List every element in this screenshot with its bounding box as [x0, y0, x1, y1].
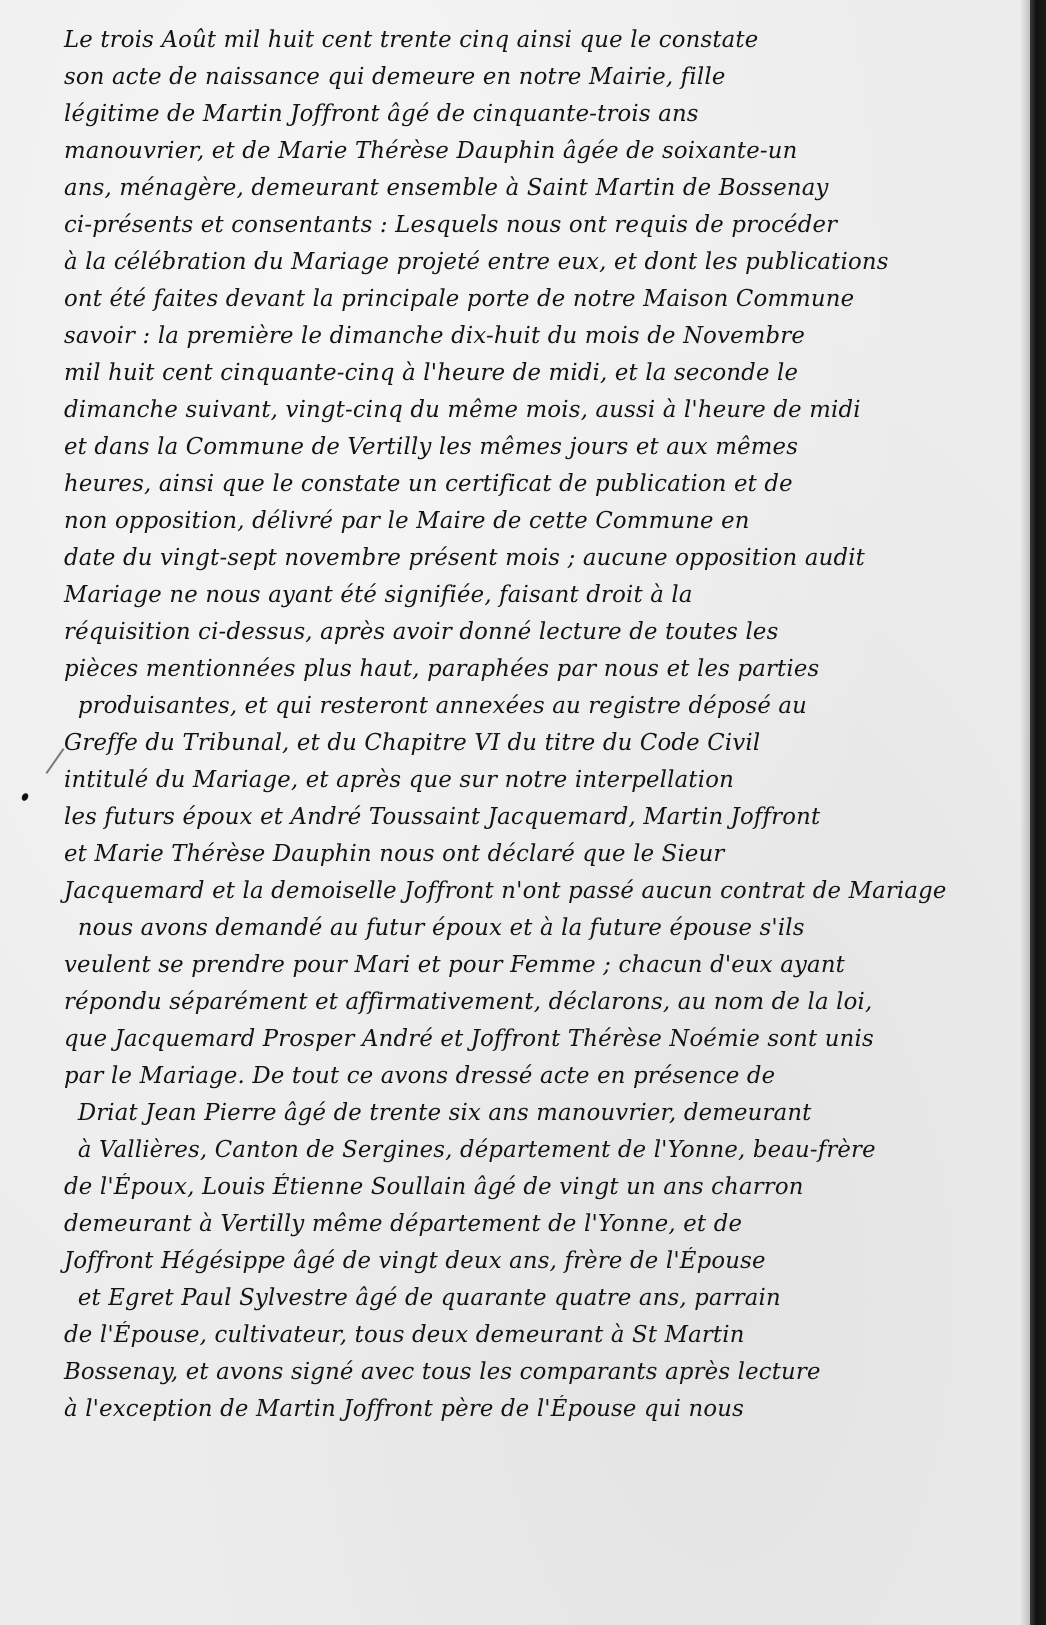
text-line: à Vallières, Canton de Sergines, départe… [64, 1132, 1018, 1169]
text-line: Le trois Août mil huit cent trente cinq … [64, 22, 1019, 59]
binding-shadow [1020, 0, 1030, 1625]
text-line: et Egret Paul Sylvestre âgé de quarante … [64, 1280, 1018, 1317]
text-line: produisantes, et qui resteront annexées … [64, 688, 1018, 725]
text-line: Mariage ne nous ayant été signifiée, fai… [64, 577, 1019, 614]
margin-ink-dot [20, 792, 29, 802]
text-line: savoir : la première le dimanche dix-hui… [64, 318, 1019, 355]
text-line: ci-présents et consentants : Lesquels no… [64, 207, 1019, 244]
text-line: réquisition ci-dessus, après avoir donné… [64, 614, 1019, 651]
text-line: ans, ménagère, demeurant ensemble à Sain… [64, 170, 1019, 207]
text-line: et Marie Thérèse Dauphin nous ont déclar… [64, 836, 1019, 873]
text-line: non opposition, délivré par le Maire de … [64, 503, 1019, 540]
text-line: heures, ainsi que le constate un certifi… [64, 466, 1019, 503]
text-line: manouvrier, et de Marie Thérèse Dauphin … [64, 133, 1019, 170]
text-line: date du vingt-sept novembre présent mois… [64, 540, 1019, 577]
text-line: dimanche suivant, vingt-cinq du même moi… [64, 392, 1019, 429]
text-line: par le Mariage. De tout ce avons dressé … [64, 1058, 1019, 1095]
text-line: Greffe du Tribunal, et du Chapitre VI du… [64, 725, 1019, 762]
handwritten-text-block: Le trois Août mil huit cent trente cinq … [64, 22, 1030, 1428]
text-line: à la célébration du Mariage projeté entr… [64, 244, 1019, 281]
document-page: Le trois Août mil huit cent trente cinq … [0, 0, 1030, 1625]
text-line: ont été faites devant la principale port… [64, 281, 1019, 318]
text-line: légitime de Martin Joffront âgé de cinqu… [64, 96, 1019, 133]
text-line: et dans la Commune de Vertilly les mêmes… [64, 429, 1019, 466]
text-line: nous avons demandé au futur époux et à l… [64, 910, 1018, 947]
margin-mark-stroke [46, 748, 65, 774]
text-line: que Jacquemard Prosper André et Joffront… [64, 1021, 1019, 1058]
text-line: pièces mentionnées plus haut, paraphées … [64, 651, 1019, 688]
text-line: Driat Jean Pierre âgé de trente six ans … [64, 1095, 1018, 1132]
text-line: les futurs époux et André Toussaint Jacq… [64, 799, 1019, 836]
text-line: à l'exception de Martin Joffront père de… [64, 1391, 1019, 1428]
text-line: Bossenay, et avons signé avec tous les c… [64, 1354, 1019, 1391]
text-line: mil huit cent cinquante-cinq à l'heure d… [64, 355, 1019, 392]
text-line: de l'Époux, Louis Étienne Soullain âgé d… [64, 1169, 1019, 1206]
text-line: de l'Épouse, cultivateur, tous deux deme… [64, 1317, 1019, 1354]
text-line: demeurant à Vertilly même département de… [64, 1206, 1019, 1243]
text-line: Joffront Hégésippe âgé de vingt deux ans… [64, 1243, 1019, 1280]
text-line: Jacquemard et la demoiselle Joffront n'o… [64, 873, 1019, 910]
text-line: intitulé du Mariage, et après que sur no… [64, 762, 1019, 799]
text-line: répondu séparément et affirmativement, d… [64, 984, 1019, 1021]
text-line: son acte de naissance qui demeure en not… [64, 59, 1019, 96]
text-line: veulent se prendre pour Mari et pour Fem… [64, 947, 1019, 984]
book-binding-edge [1030, 0, 1046, 1625]
